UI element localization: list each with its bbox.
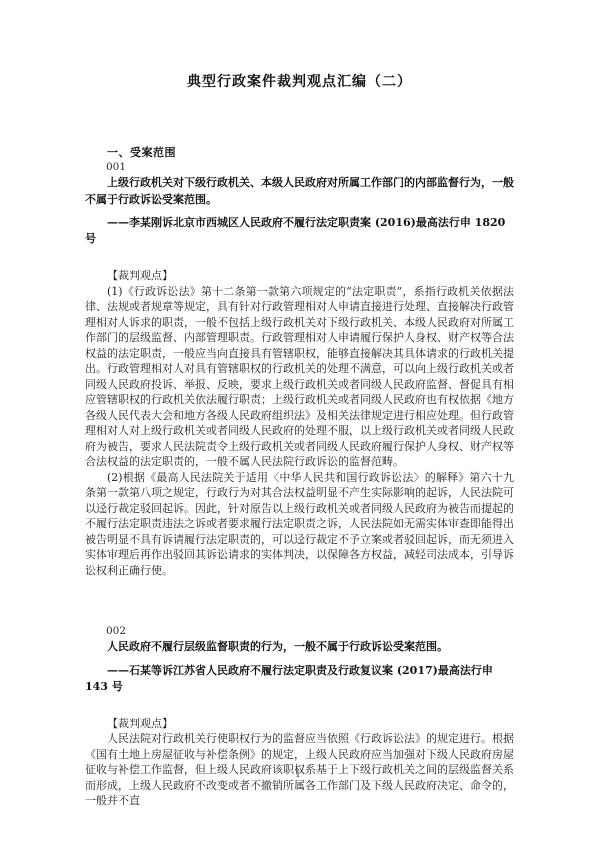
case-001-citation: ——李某刚诉北京市西城区人民政府不履行法定职责案 (2016)最高法行申 182… bbox=[85, 215, 514, 247]
case-number-001: 001 bbox=[85, 160, 514, 175]
case-002-citation: ——石某等诉江苏省人民政府不履行法定职责及行政复议案 (2017)最高法行申 1… bbox=[85, 663, 514, 695]
page-content: 典型行政案件裁判观点汇编（二） 一、受案范围 001 上级行政机关对下级行政机关… bbox=[85, 0, 514, 809]
case-001-opinion-label: 【裁判观点】 bbox=[85, 268, 514, 284]
section-heading-scope-of-cases: 一、受案范围 bbox=[85, 145, 514, 160]
document-title: 典型行政案件裁判观点汇编（二） bbox=[85, 73, 514, 91]
page-number: 1 bbox=[0, 770, 596, 780]
case-002-opinion-label: 【裁判观点】 bbox=[85, 716, 514, 732]
case-002-holding: 人民政府不履行层级监督职责的行为，一般不属于行政诉讼受案范围。 bbox=[85, 639, 514, 656]
case-001-holding: 上级行政机关对下级行政机关、本级人民政府对所属工作部门的内部监督行为，一般不属于… bbox=[85, 175, 514, 208]
case-001-opinion-paragraph-1: (1)《行政诉讼法》第十二条第一款第六项规定的“法定职责”，系指行政机关依据法律… bbox=[85, 284, 514, 470]
document-page: 典型行政案件裁判观点汇编（二） 一、受案范围 001 上级行政机关对下级行政机关… bbox=[0, 0, 596, 842]
case-number-002: 002 bbox=[85, 624, 514, 639]
case-001-opinion-paragraph-2: (2)根据《最高人民法院关于适用〈中华人民共和国行政诉讼法〉的解释》第六十九条第… bbox=[85, 470, 514, 579]
